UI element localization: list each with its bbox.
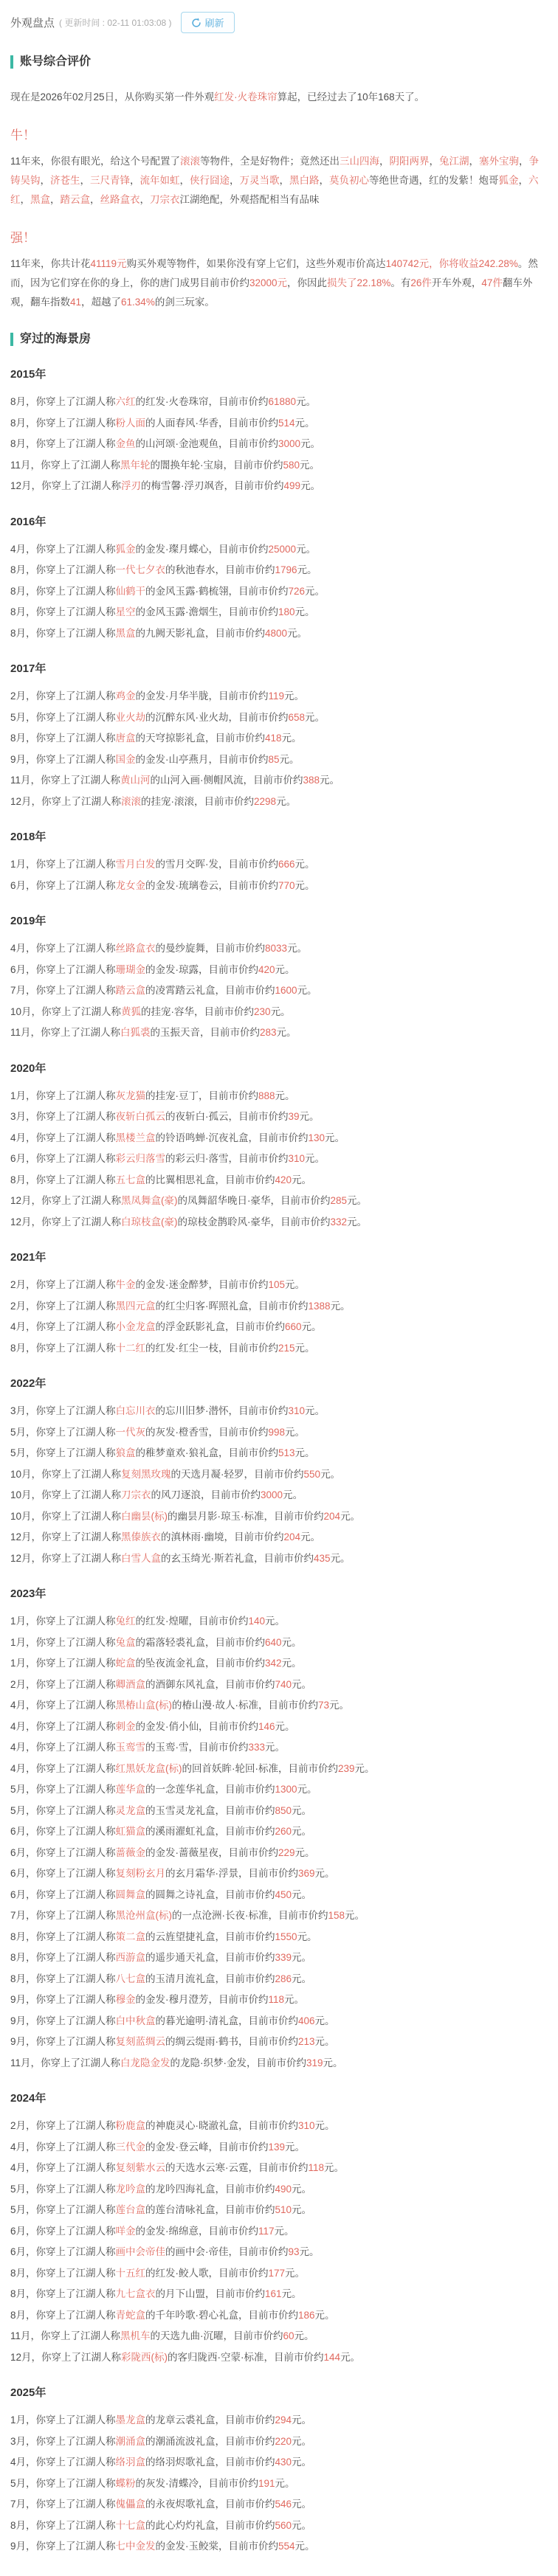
plain-text: 的 bbox=[145, 2310, 156, 2321]
wear-record: 5月，你穿上了江湖人称狼盒的稚梦童欢·狼礼盒，目前市价约513元。 bbox=[10, 1447, 548, 1461]
record-month: 8月 bbox=[10, 2268, 26, 2279]
record-month: 12月 bbox=[10, 1531, 32, 1543]
plain-text: 元。 bbox=[284, 690, 304, 702]
item-nickname: 粉鹿盒 bbox=[116, 2120, 146, 2131]
wear-record: 7月，你穿上了江湖人称黑沧州盒(标)的一点沧洲·长夜·标准，目前市价约158元。 bbox=[10, 1909, 548, 1923]
item-price: 186 bbox=[298, 2310, 315, 2321]
record-month: 8月 bbox=[10, 1952, 26, 1963]
plain-text: 的 bbox=[145, 2436, 156, 2447]
plain-text: 元。 bbox=[292, 2436, 311, 2447]
year-heading: 2017年 bbox=[10, 660, 548, 676]
plain-text: 的 bbox=[136, 754, 146, 765]
item-name: 玉鸾·雪 bbox=[156, 1742, 189, 1753]
wear-record: 10月，你穿上了江湖人称黄狐的挂宠·容华，目前市价约230元。 bbox=[10, 1005, 548, 1019]
item-nickname: 莲华盒 bbox=[116, 1784, 146, 1795]
plain-text: ，目前市价约 bbox=[205, 2288, 265, 2299]
item-name: 金风玉露·鹤梳翎 bbox=[156, 586, 229, 597]
item-name: 绸云缇雨·鹤书 bbox=[176, 2036, 239, 2047]
plain-text: ，目前市价约 bbox=[205, 1637, 265, 1648]
item-name: 闇换年轮·宝扇 bbox=[160, 460, 224, 471]
item-name: 永夜烬歌礼盒 bbox=[156, 2499, 216, 2510]
item-nickname: 七中金发 bbox=[116, 2541, 156, 2552]
item-price: 286 bbox=[275, 1973, 292, 1984]
item-price: 177 bbox=[269, 2268, 286, 2279]
plain-text: 元。 bbox=[285, 2142, 305, 2153]
plain-text: ，目前市价约 bbox=[229, 586, 289, 597]
record-month: 4月 bbox=[10, 1321, 26, 1332]
item-price: 144 bbox=[324, 2352, 341, 2363]
record-month: 8月 bbox=[10, 396, 26, 407]
record-month: 8月 bbox=[10, 2288, 26, 2299]
record-month: 5月 bbox=[10, 1427, 26, 1438]
plain-text: ，你穿上了江湖人称 bbox=[31, 1027, 121, 1038]
plain-text: 11年来，你很有眼光，给这个号配置了 bbox=[10, 156, 180, 167]
plain-text: 的 bbox=[136, 733, 146, 744]
plain-text: ，你穿上了江湖人称 bbox=[26, 1174, 116, 1185]
record-month: 12月 bbox=[10, 2352, 32, 2363]
item-nickname: 画中会帝佳 bbox=[116, 2246, 166, 2257]
wear-record: 11月，你穿上了江湖人称黄山河的山河入画·侧帽风流，目前市价约388元。 bbox=[10, 774, 548, 788]
plain-text: 的 bbox=[145, 2456, 156, 2468]
item-name: 龙吟四海礼盒 bbox=[156, 2184, 216, 2195]
wear-record: 4月，你穿上了江湖人称黑椿山盒(标)的椿山漫·故人·标准，目前市价约73元。 bbox=[10, 1699, 548, 1713]
item-nickname: 黑年轮 bbox=[120, 460, 151, 471]
item-price: 204 bbox=[324, 1511, 341, 1522]
wear-record: 8月，你穿上了江湖人称五七盒的比翼相思礼盒，目前市价约420元。 bbox=[10, 1174, 548, 1188]
item-name: 金发·璨月蝶心 bbox=[145, 544, 209, 555]
wear-record: 2月，你穿上了江湖人称黑四元盒的红尘归客·晖照礼盒，目前市价约1388元。 bbox=[10, 1300, 548, 1314]
highlight-text: 黑盒 bbox=[30, 194, 50, 205]
plain-text: ， bbox=[140, 194, 151, 205]
wear-record: 5月，你穿上了江湖人称龙吟盒的龙吟四海礼盒，目前市价约490元。 bbox=[10, 2183, 548, 2197]
highlight-text: 济苍生 bbox=[50, 175, 80, 186]
item-price: 770 bbox=[278, 880, 295, 891]
item-nickname: 莲台盒 bbox=[116, 2204, 146, 2215]
plain-text: 元。 bbox=[297, 985, 317, 996]
item-price: 388 bbox=[303, 775, 320, 786]
plain-text: 元。 bbox=[300, 2246, 320, 2257]
item-price: 117 bbox=[258, 2226, 275, 2237]
item-nickname: 彩陇西(标) bbox=[121, 2352, 168, 2363]
plain-text: ，你穿上了江湖人称 bbox=[26, 1994, 116, 2005]
record-month: 2月 bbox=[10, 690, 26, 702]
plain-text: 元。 bbox=[300, 480, 320, 491]
plain-text: ，目前市价约 bbox=[216, 2520, 275, 2531]
highlight-text: 三山四海 bbox=[340, 156, 379, 167]
item-nickname: 黑凤舞盒(豪) bbox=[121, 1195, 178, 1206]
plain-text: 的 bbox=[151, 2330, 161, 2341]
item-nickname: 白雪人盒 bbox=[121, 1553, 161, 1564]
plain-text: ，目前市价约 bbox=[218, 1343, 278, 1354]
plain-text: ，目前市价约 bbox=[264, 2352, 324, 2363]
plain-text: ，你穿上了江湖人称 bbox=[26, 859, 116, 870]
year-heading: 2018年 bbox=[10, 828, 548, 844]
plain-text: 的 bbox=[151, 460, 161, 471]
plain-text: ， bbox=[320, 175, 330, 186]
plain-text: 元。 bbox=[331, 1553, 351, 1564]
wear-record: 6月，你穿上了江湖人称龙女金的金发·琉璃卷云，目前市价约770元。 bbox=[10, 879, 548, 893]
plain-text: ，你穿上了江湖人称 bbox=[26, 606, 116, 617]
item-name: 暮光逾明·清礼盒 bbox=[165, 2015, 238, 2026]
item-nickname: 珊瑚金 bbox=[116, 964, 146, 975]
item-nickname: 五七盒 bbox=[116, 1174, 146, 1185]
plain-text: ，目前市价约 bbox=[278, 1763, 338, 1774]
wear-record: 10月，你穿上了江湖人称刀宗衣的风刀逐浪，目前市价约3000元。 bbox=[10, 1489, 548, 1503]
item-price: 450 bbox=[275, 1889, 292, 1900]
item-price: 130 bbox=[309, 1132, 325, 1143]
plain-text: 元。 bbox=[295, 859, 315, 870]
item-name: 云旌望捷礼盒 bbox=[156, 1931, 216, 1942]
plain-text: ，你穿上了江湖人称 bbox=[31, 460, 121, 471]
plain-text: ，目前市价约 bbox=[229, 1405, 289, 1416]
record-month: 11月 bbox=[10, 460, 31, 471]
item-name: 金风玉露·澹烟生 bbox=[145, 606, 218, 617]
item-name: 玉清月流礼盒 bbox=[156, 1973, 216, 1984]
item-nickname: 白龙隐金发 bbox=[120, 2057, 170, 2068]
plain-text: ，目前市价约 bbox=[225, 1321, 285, 1332]
item-name: 金发·绵绵意 bbox=[145, 2226, 199, 2237]
plain-text: 的 bbox=[136, 628, 146, 639]
wear-record: 1月，你穿上了江湖人称灰龙猫的挂宠·豆丁，目前市价约888元。 bbox=[10, 1090, 548, 1104]
item-price: 118 bbox=[269, 1994, 285, 2005]
wear-record: 12月，你穿上了江湖人称彩陇西(标)的客归陇西·空蒙·标准，目前市价约144元。 bbox=[10, 2351, 548, 2365]
item-price: 580 bbox=[283, 460, 300, 471]
wear-record: 8月，你穿上了江湖人称十二红的红发·红尘一枝，目前市价约215元。 bbox=[10, 1342, 548, 1356]
year-heading: 2016年 bbox=[10, 513, 548, 529]
plain-text: 元。 bbox=[292, 1973, 311, 1984]
plain-text: ，你穿上了江湖人称 bbox=[26, 2184, 116, 2195]
plain-text: ，目前市价约 bbox=[229, 712, 289, 723]
plain-text: ，目前市价约 bbox=[199, 2226, 258, 2237]
plain-text: ，目前市价约 bbox=[249, 1301, 309, 1312]
item-price: 333 bbox=[249, 1742, 266, 1753]
item-nickname: 兔盒 bbox=[116, 1637, 136, 1648]
item-nickname: 西游盒 bbox=[116, 1952, 146, 1963]
plain-text: ，你穿上了江湖人称 bbox=[26, 1427, 116, 1438]
plain-text: 的 bbox=[170, 2057, 181, 2068]
plain-text: 元。 bbox=[324, 2162, 344, 2173]
item-price: 230 bbox=[254, 1006, 271, 1017]
plain-text: 元。 bbox=[292, 2456, 311, 2468]
record-month: 6月 bbox=[10, 880, 26, 891]
item-nickname: 刺金 bbox=[116, 1721, 136, 1732]
item-nickname: 黑沧州盒(标) bbox=[116, 1910, 173, 1921]
wear-record: 6月，你穿上了江湖人称蔷薇金的金发·蔷薇星夜，目前市价约229元。 bbox=[10, 1846, 548, 1860]
plain-text: ，目前市价约 bbox=[247, 2057, 306, 2068]
item-nickname: 浮刃 bbox=[121, 480, 141, 491]
plain-text: 等物件，全是好物件；竟然还出 bbox=[200, 156, 340, 167]
plain-text: ， bbox=[469, 156, 480, 167]
plain-text: ，你穿上了江湖人称 bbox=[32, 480, 122, 491]
item-name: 圆舞之诗礼盒 bbox=[156, 1889, 216, 1900]
item-name: 天选月凝·轻罗 bbox=[181, 1469, 244, 1480]
plain-text: ，你穿上了江湖人称 bbox=[26, 2456, 116, 2468]
highlight-text: 140742元，你将收益242.28% bbox=[386, 258, 518, 269]
plain-text: ，你穿上了江湖人称 bbox=[26, 1847, 116, 1858]
plain-text: 元。 bbox=[292, 1889, 311, 1900]
wear-record: 4月，你穿上了江湖人称刺金的金发·俏小仙，目前市价约146元。 bbox=[10, 1720, 548, 1734]
item-price: 369 bbox=[298, 1868, 315, 1879]
item-nickname: 圆舞盒 bbox=[116, 1889, 146, 1900]
plain-text: 的 bbox=[136, 1616, 146, 1627]
wear-record: 2月，你穿上了江湖人称粉鹿盒的神鹿灵心·晓澈礼盒，目前市价约310元。 bbox=[10, 2119, 548, 2133]
item-price: 513 bbox=[278, 1447, 295, 1458]
item-nickname: 黑椿山盒(标) bbox=[116, 1700, 173, 1711]
item-name: 凤舞韶华晚日·豪华 bbox=[187, 1195, 271, 1206]
plain-text: ，你穿上了江湖人称 bbox=[26, 964, 116, 975]
record-month: 2月 bbox=[10, 1679, 26, 1690]
plain-text: ，目前市价约 bbox=[189, 1742, 249, 1753]
plain-text: 现在是2026年02月25日，从你购买第一件外观 bbox=[10, 91, 214, 103]
plain-text: ，目前市价约 bbox=[218, 1447, 278, 1458]
refresh-button[interactable]: 刷新 bbox=[181, 12, 235, 33]
wear-record: 12月，你穿上了江湖人称白琼枝盒(豪)的琼枝金鹊聆风·豪华，目前市价约332元。 bbox=[10, 1216, 548, 1230]
plain-text: ，你穿上了江湖人称 bbox=[26, 2310, 116, 2321]
plain-text: ，你穿上了江湖人称 bbox=[31, 2057, 121, 2068]
plain-text: ，你穿上了江湖人称 bbox=[26, 712, 116, 723]
plain-text: ，目前市价约 bbox=[238, 1868, 298, 1879]
plain-text: ，目前市价约 bbox=[254, 1553, 314, 1564]
plain-text: ，目前市价约 bbox=[216, 1826, 275, 1837]
highlight-text: 26件 bbox=[410, 277, 432, 288]
plain-text: ，你穿上了江湖人称 bbox=[26, 2414, 116, 2426]
item-price: 215 bbox=[278, 1343, 295, 1354]
record-month: 1月 bbox=[10, 1616, 26, 1627]
plain-text: 元。 bbox=[265, 1616, 285, 1627]
item-nickname: 傀儡盒 bbox=[116, 2499, 146, 2510]
plain-text: 元。 bbox=[275, 964, 295, 975]
item-name: 雪月交晖·发 bbox=[165, 859, 218, 870]
item-name: 山河入画·侧帽风流 bbox=[160, 775, 244, 786]
item-name: 红尘归客·晖照礼盒 bbox=[165, 1301, 249, 1312]
item-price: 85 bbox=[269, 754, 280, 765]
plain-text: ，你穿上了江湖人称 bbox=[26, 2268, 116, 2279]
plain-text: 的 bbox=[136, 544, 146, 555]
plain-text: ，你穿上了江湖人称 bbox=[26, 2162, 116, 2173]
plain-text: 元。 bbox=[282, 1658, 302, 1669]
plain-text: ，目前市价约 bbox=[244, 775, 303, 786]
plain-text: 的 bbox=[136, 1447, 146, 1458]
plain-text: 元。 bbox=[296, 544, 316, 555]
wear-record: 9月，你穿上了江湖人称白中秋盒的暮光逾明·清礼盒，目前市价约406元。 bbox=[10, 2015, 548, 2029]
item-price: 658 bbox=[289, 712, 306, 723]
record-month: 6月 bbox=[10, 1847, 26, 1858]
plain-text: ， bbox=[50, 194, 61, 205]
item-price: 60 bbox=[283, 2330, 294, 2341]
wear-record: 2月，你穿上了江湖人称鸡金的金发·月华半胧，目前市价约119元。 bbox=[10, 690, 548, 704]
highlight-text: 41119元 bbox=[91, 258, 127, 269]
wear-record: 6月，你穿上了江湖人称咩金的金发·绵绵意，目前市价约117元。 bbox=[10, 2225, 548, 2239]
plain-text: ，你穿上了江湖人称 bbox=[32, 1489, 122, 1500]
plain-text: 元。 bbox=[347, 1195, 367, 1206]
record-month: 6月 bbox=[10, 1153, 26, 1164]
plain-text: 的 bbox=[172, 1910, 182, 1921]
item-price: 139 bbox=[269, 2142, 286, 2153]
plain-text: ，你穿上了江湖人称 bbox=[26, 943, 116, 954]
plain-text: 元。 bbox=[284, 1994, 304, 2005]
item-name: 金发·琼露 bbox=[156, 964, 199, 975]
item-nickname: 黑四元盒 bbox=[116, 1301, 156, 1312]
record-month: 6月 bbox=[10, 2246, 26, 2257]
plain-text: ，你穿上了江湖人称 bbox=[26, 733, 116, 744]
plain-text: 元。 bbox=[315, 2036, 335, 2047]
wear-record: 4月，你穿上了江湖人称红黑妖龙盒(标)的回首妖眸·轮回·标准，目前市价约239元… bbox=[10, 1762, 548, 1776]
record-month: 4月 bbox=[10, 1132, 26, 1143]
plain-text: 算起，已经过去了10年168天了。 bbox=[278, 91, 425, 103]
plain-text: 的 bbox=[145, 964, 156, 975]
wear-record: 9月，你穿上了江湖人称穆金的金发·穆月澄芳，目前市价约118元。 bbox=[10, 1993, 548, 2007]
plain-text: ，你穿上了江湖人称 bbox=[26, 2288, 116, 2299]
item-price: 332 bbox=[331, 1216, 348, 1228]
plain-text: 的 bbox=[145, 2204, 156, 2215]
record-month: 8月 bbox=[10, 586, 26, 597]
wear-record: 4月，你穿上了江湖人称络羽盒的络羽烬歌礼盒，目前市价约430元。 bbox=[10, 2456, 548, 2470]
wear-record: 10月，你穿上了江湖人称白幽昙(标)的幽昙月影·琼玉·标准，目前市价约204元。 bbox=[10, 1510, 548, 1524]
plain-text: ，你穿上了江湖人称 bbox=[32, 796, 122, 807]
record-month: 5月 bbox=[10, 1784, 26, 1795]
wear-record: 6月，你穿上了江湖人称虹猫盒的溪雨濯虹礼盒，目前市价约260元。 bbox=[10, 1825, 548, 1839]
item-price: 3000 bbox=[261, 1489, 283, 1500]
record-month: 10月 bbox=[10, 1469, 32, 1480]
year-heading: 2020年 bbox=[10, 1060, 548, 1076]
qiang-heading: 强！ bbox=[10, 227, 548, 246]
item-nickname: 蛇盒 bbox=[116, 1658, 136, 1669]
plain-text: ，目前市价约 bbox=[229, 1153, 289, 1164]
item-name: 神鹿灵心·晓澈礼盒 bbox=[156, 2120, 239, 2131]
item-name: 椿山漫·故人·标准 bbox=[182, 1700, 259, 1711]
plain-text: 的 bbox=[136, 1994, 146, 2005]
item-price: 406 bbox=[298, 2015, 315, 2026]
record-month: 12月 bbox=[10, 1553, 32, 1564]
plain-text: ，目前市价约 bbox=[218, 859, 278, 870]
record-month: 8月 bbox=[10, 2310, 26, 2321]
item-nickname: 黄山河 bbox=[120, 775, 151, 786]
plain-text: 元。 bbox=[295, 418, 315, 429]
item-nickname: 黑机车 bbox=[120, 2330, 151, 2341]
item-nickname: 玉鸾雪 bbox=[116, 1742, 146, 1753]
item-price: 105 bbox=[269, 1279, 286, 1290]
plain-text: ，你穿上了江湖人称 bbox=[26, 1826, 116, 1837]
item-nickname: 九七盒衣 bbox=[116, 2288, 156, 2299]
record-month: 3月 bbox=[10, 2436, 26, 2447]
item-price: 1550 bbox=[275, 1931, 297, 1942]
record-month: 12月 bbox=[10, 1195, 32, 1206]
item-price: 239 bbox=[338, 1763, 355, 1774]
item-name: 铃语鸣蝉·沉夜礼盒 bbox=[165, 1132, 249, 1143]
plain-text: 的 bbox=[145, 2520, 156, 2531]
record-month: 8月 bbox=[10, 418, 26, 429]
plain-text: ，目前市价约 bbox=[209, 1279, 269, 1290]
plain-text: 元。 bbox=[292, 1826, 311, 1837]
plain-text: 元。 bbox=[300, 1111, 320, 1122]
record-month: 10月 bbox=[10, 1489, 32, 1500]
plain-text: 的 bbox=[145, 1742, 156, 1753]
record-month: 5月 bbox=[10, 2478, 26, 2489]
item-name: 幽昙月影·琼玉·标准 bbox=[178, 1511, 264, 1522]
year-heading: 2022年 bbox=[10, 1375, 548, 1391]
plain-text: 的 bbox=[165, 1868, 176, 1879]
plain-text: 元。 bbox=[329, 1700, 349, 1711]
plain-text: ，目前市价约 bbox=[216, 2499, 275, 2510]
plain-text: 元。 bbox=[294, 2330, 314, 2341]
plain-text: 元。 bbox=[292, 1679, 311, 1690]
plain-text: 的 bbox=[145, 1784, 156, 1795]
record-month: 5月 bbox=[10, 2184, 26, 2195]
item-name: 稚梦童欢·狼礼盒 bbox=[145, 1447, 218, 1458]
item-nickname: 复刻紫水云 bbox=[116, 2162, 166, 2173]
plain-text: 。有 bbox=[390, 277, 410, 288]
plain-text: 元。 bbox=[283, 1489, 303, 1500]
item-name: 夜斩白·孤云 bbox=[176, 1111, 229, 1122]
plain-text: 元。 bbox=[295, 1447, 315, 1458]
wear-record: 1月，你穿上了江湖人称兔红的红发·煌曜，目前市价约140元。 bbox=[10, 1615, 548, 1629]
plain-text: 等绝世奇遇，红的发紫！炮哥 bbox=[369, 175, 499, 186]
item-price: 640 bbox=[265, 1637, 282, 1648]
item-nickname: 十五红 bbox=[116, 2268, 146, 2279]
item-nickname: 蝶粉 bbox=[116, 2478, 136, 2489]
plain-text: 的 bbox=[161, 1531, 171, 1543]
item-name: 山河颂·金池观鱼 bbox=[145, 438, 218, 449]
item-price: 435 bbox=[314, 1553, 331, 1564]
wear-record: 8月，你穿上了江湖人称八七盒的玉清月流礼盒，目前市价约286元。 bbox=[10, 1973, 548, 1987]
item-name: 曼纱旋舞 bbox=[165, 943, 205, 954]
item-price: 220 bbox=[275, 2436, 292, 2447]
plain-text: 的 bbox=[168, 2352, 178, 2363]
plain-text: 元。 bbox=[275, 1721, 295, 1732]
plain-text: ，目前市价约 bbox=[199, 1721, 258, 1732]
item-price: 310 bbox=[289, 1153, 306, 1164]
item-nickname: 狼盒 bbox=[116, 1447, 136, 1458]
item-nickname: 一代灰 bbox=[116, 1427, 146, 1438]
item-name: 凌霄踏云礼盒 bbox=[156, 985, 216, 996]
plain-text: ，你穿上了江湖人称 bbox=[26, 1616, 116, 1627]
item-price: 418 bbox=[265, 733, 282, 744]
item-price: 213 bbox=[298, 2036, 315, 2047]
plain-text: ，目前市价约 bbox=[218, 606, 278, 617]
plain-text: ，你穿上了江湖人称 bbox=[26, 1321, 116, 1332]
wear-record: 9月，你穿上了江湖人称七中金发的金发·玉鲛棠，目前市价约554元。 bbox=[10, 2540, 548, 2554]
item-price: 118 bbox=[309, 2162, 325, 2173]
item-nickname: 白幽昙(标) bbox=[121, 1511, 168, 1522]
plain-text: ，目前市价约 bbox=[238, 2310, 298, 2321]
item-name: 灰发·清蝶冷 bbox=[145, 2478, 199, 2489]
plain-text: 元。 bbox=[295, 1847, 315, 1858]
plain-text: ，你穿上了江湖人称 bbox=[26, 564, 116, 575]
plain-text: ，目前市价约 bbox=[209, 690, 269, 702]
plain-text: 的 bbox=[171, 1469, 182, 1480]
record-month: 4月 bbox=[10, 1742, 26, 1753]
item-nickname: 白琼枝盒(豪) bbox=[121, 1216, 178, 1228]
item-price: 546 bbox=[275, 2499, 292, 2510]
item-nickname: 十七盒 bbox=[116, 2520, 146, 2531]
plain-text: 开车外观， bbox=[432, 277, 482, 288]
plain-text: ， bbox=[379, 156, 390, 167]
plain-text: 的 bbox=[165, 2036, 176, 2047]
record-month: 5月 bbox=[10, 1805, 26, 1816]
item-price: 510 bbox=[275, 2204, 292, 2215]
item-price: 146 bbox=[258, 1721, 275, 1732]
wear-record: 6月，你穿上了江湖人称复刻粉玄月的玄月霜华·浮景，目前市价约369元。 bbox=[10, 1867, 548, 1881]
plain-text: 元。 bbox=[297, 564, 317, 575]
record-month: 4月 bbox=[10, 1763, 26, 1774]
record-month: 1月 bbox=[10, 1090, 26, 1101]
plain-text: 的 bbox=[145, 1931, 156, 1942]
refresh-label: 刷新 bbox=[205, 15, 224, 30]
plain-text: 元。 bbox=[275, 1090, 295, 1101]
record-month: 4月 bbox=[10, 2162, 26, 2173]
plain-text: ，你穿上了江湖人称 bbox=[26, 2436, 116, 2447]
highlight-text: 47件 bbox=[481, 277, 503, 288]
